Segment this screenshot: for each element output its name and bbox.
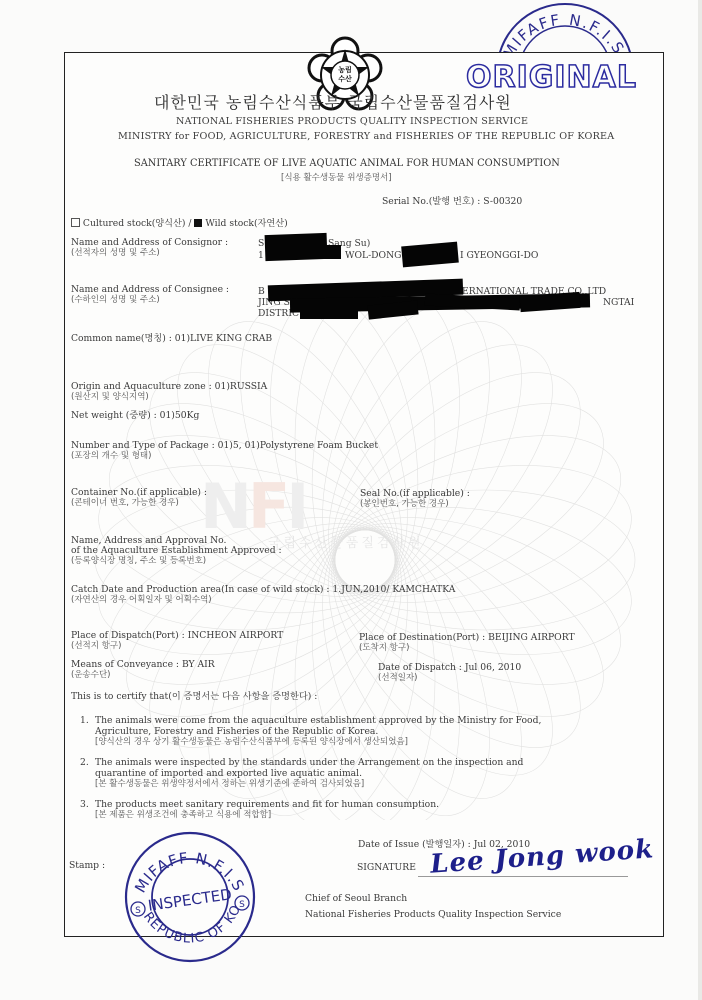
destination-label: Place of Destination(Port) : — [359, 632, 485, 643]
dispatch-place-label: Place of Dispatch(Port) : — [71, 630, 185, 641]
dispatch-date-label: Date of Dispatch : — [378, 662, 462, 673]
origin-label: Origin and Aquaculture zone : — [71, 381, 212, 392]
cultured-label: Cultured stock(양식산) / — [83, 218, 192, 229]
conveyance: Means of Conveyance : BY AIR — [71, 659, 215, 670]
container-label: Container No.(if applicable) : — [71, 487, 207, 498]
serial-label: Serial No.(발행 번호) : — [382, 196, 480, 207]
consignee-line1-start: B — [258, 286, 265, 297]
certify-item-1-line1: The animals were come from the aquacultu… — [95, 715, 541, 726]
service-name: National Fisheries Products Quality Insp… — [305, 909, 561, 920]
certify-intro: This is to certify that(이 증명서는 다음 사항을 증명… — [71, 691, 317, 702]
common-name: Common name(명칭) : 01)LIVE KING CRAB — [71, 333, 272, 344]
svg-text:수산: 수산 — [338, 74, 352, 83]
package-value: 01)5, 01)Polystyrene Foam Bucket — [218, 440, 378, 451]
svg-text:INSPECTED: INSPECTED — [147, 885, 233, 915]
certify-item-2-kr: [본 활수생동물은 위생약정서에서 정하는 위생기준에 준하여 검사되었음] — [95, 779, 364, 789]
consignee-line2-end: NGTAI — [603, 297, 634, 308]
stamp-label: Stamp : — [69, 860, 105, 871]
consignor-line2-start: 1 — [258, 250, 264, 261]
dispatch-place-value: INCHEON AIRPORT — [188, 630, 284, 641]
establishment-label-kr: (등록양식장 명칭, 주소 및 등록번호) — [71, 556, 206, 566]
chief-title: Chief of Seoul Branch — [305, 893, 407, 904]
container-label-kr: (콘테이너 번호, 가능한 경우) — [71, 498, 179, 508]
catch-label-kr: (자연산의 경우 어획일자 및 어획수역) — [71, 595, 212, 605]
serial-number: Serial No.(발행 번호) : S-00320 — [382, 196, 522, 207]
signature-label: SIGNATURE — [357, 862, 416, 873]
org-name: NATIONAL FISHERIES PRODUCTS QUALITY INSP… — [176, 116, 528, 127]
svg-text:S: S — [239, 900, 245, 910]
cultured-checkbox[interactable] — [71, 218, 80, 227]
consignor-label-kr: (선적자의 성명 및 주소) — [71, 248, 160, 258]
certify-item-1-line2: Agriculture, Forestry and Fisheries of t… — [95, 726, 378, 737]
inspected-stamp: MIFAFF N.F.I.S REPUBLIC OF KOREA INSPECT… — [120, 825, 260, 965]
net-weight-label: Net weight (중량) : — [71, 410, 157, 421]
dispatch-date-label-kr: (선적일자) — [378, 673, 417, 683]
certify-item-1-kr: [양식산의 경우 상기 활수생동물은 농림수산식품부에 등록된 양식장에서 생산… — [95, 737, 408, 747]
certify-item-1-num: 1. — [80, 715, 89, 726]
certify-item-3-kr: [본 제품은 위생조건에 충족하고 식용에 적합함] — [95, 810, 271, 820]
redaction — [283, 245, 341, 259]
svg-text:농림: 농림 — [338, 65, 352, 74]
consignee-label: Name and Address of Consignee : — [71, 284, 229, 295]
certificate-title-kr: [식용 활수생동물 위생증명서] — [281, 173, 392, 183]
common-name-value: 01)LIVE KING CRAB — [175, 333, 272, 344]
net-weight: Net weight (중량) : 01)50Kg — [71, 410, 199, 421]
dispatch-date-value: Jul 06, 2010 — [465, 662, 521, 673]
consignor-line1-start: S — [258, 238, 264, 249]
catch-value: 1.JUN,2010/ KAMCHATKA — [332, 584, 455, 595]
dispatch-place: Place of Dispatch(Port) : INCHEON AIRPOR… — [71, 630, 283, 641]
establishment-label-2: of the Aquaculture Establishment Approve… — [71, 545, 282, 556]
origin-value: 01)RUSSIA — [215, 381, 268, 392]
wild-label: Wild stock(자연산) — [205, 218, 287, 229]
package: Number and Type of Package : 01)5, 01)Po… — [71, 440, 378, 451]
origin-label-kr: (원산지 및 양식지역) — [71, 392, 149, 402]
conveyance-value: BY AIR — [182, 659, 215, 670]
package-label-kr: (포장의 개수 및 형태) — [71, 451, 151, 461]
consignee-label-kr: (수하인의 성명 및 주소) — [71, 295, 160, 305]
destination-value: BEIJING AIRPORT — [488, 632, 574, 643]
stock-type: Cultured stock(양식산) / Wild stock(자연산) — [71, 218, 288, 229]
consignor-line2-end: I GYEONGGI-DO — [460, 250, 538, 261]
certify-item-2-line1: The animals were inspected by the standa… — [95, 757, 523, 768]
conveyance-label-kr: (운송수단) — [71, 670, 110, 680]
watermark-korean: 국립수산물품질검사원 — [268, 532, 424, 551]
dispatch-place-label-kr: (선적지 항구) — [71, 641, 121, 651]
ministry-name: MINISTRY for FOOD, AGRICULTURE, FORESTRY… — [118, 131, 614, 142]
net-weight-value: 01)50Kg — [160, 410, 200, 421]
conveyance-label: Means of Conveyance : — [71, 659, 179, 670]
catch-label: Catch Date and Production area(In case o… — [71, 584, 330, 595]
dispatch-date: Date of Dispatch : Jul 06, 2010 — [378, 662, 521, 673]
certify-item-3-line1: The products meet sanitary requirements … — [95, 799, 439, 810]
seal-label-kr: (봉인번호, 가능한 경우) — [360, 499, 449, 509]
seal-label: Seal No.(if applicable) : — [360, 488, 470, 499]
consignor-label: Name and Address of Consignor : — [71, 237, 228, 248]
destination-label-kr: (도착지 항구) — [359, 643, 409, 653]
svg-text:S: S — [135, 906, 141, 916]
origin: Origin and Aquaculture zone : 01)RUSSIA — [71, 381, 267, 392]
korean-title: 대한민국 농림수산식품부 국립수산물품질검사원 — [154, 90, 512, 113]
certify-item-3-num: 3. — [80, 799, 89, 810]
certificate-title: SANITARY CERTIFICATE OF LIVE AQUATIC ANI… — [134, 158, 560, 169]
common-name-label: Common name(명칭) : — [71, 333, 172, 344]
package-label: Number and Type of Package : — [71, 440, 215, 451]
certify-item-2-num: 2. — [80, 757, 89, 768]
destination: Place of Destination(Port) : BEIJING AIR… — [359, 632, 575, 643]
serial-value: S-00320 — [483, 196, 522, 207]
wild-checkbox[interactable] — [194, 219, 202, 227]
catch: Catch Date and Production area(In case o… — [71, 584, 455, 595]
certify-item-2-line2: quarantine of imported and exported live… — [95, 768, 362, 779]
redaction — [300, 305, 358, 319]
page-edge — [698, 0, 702, 1000]
